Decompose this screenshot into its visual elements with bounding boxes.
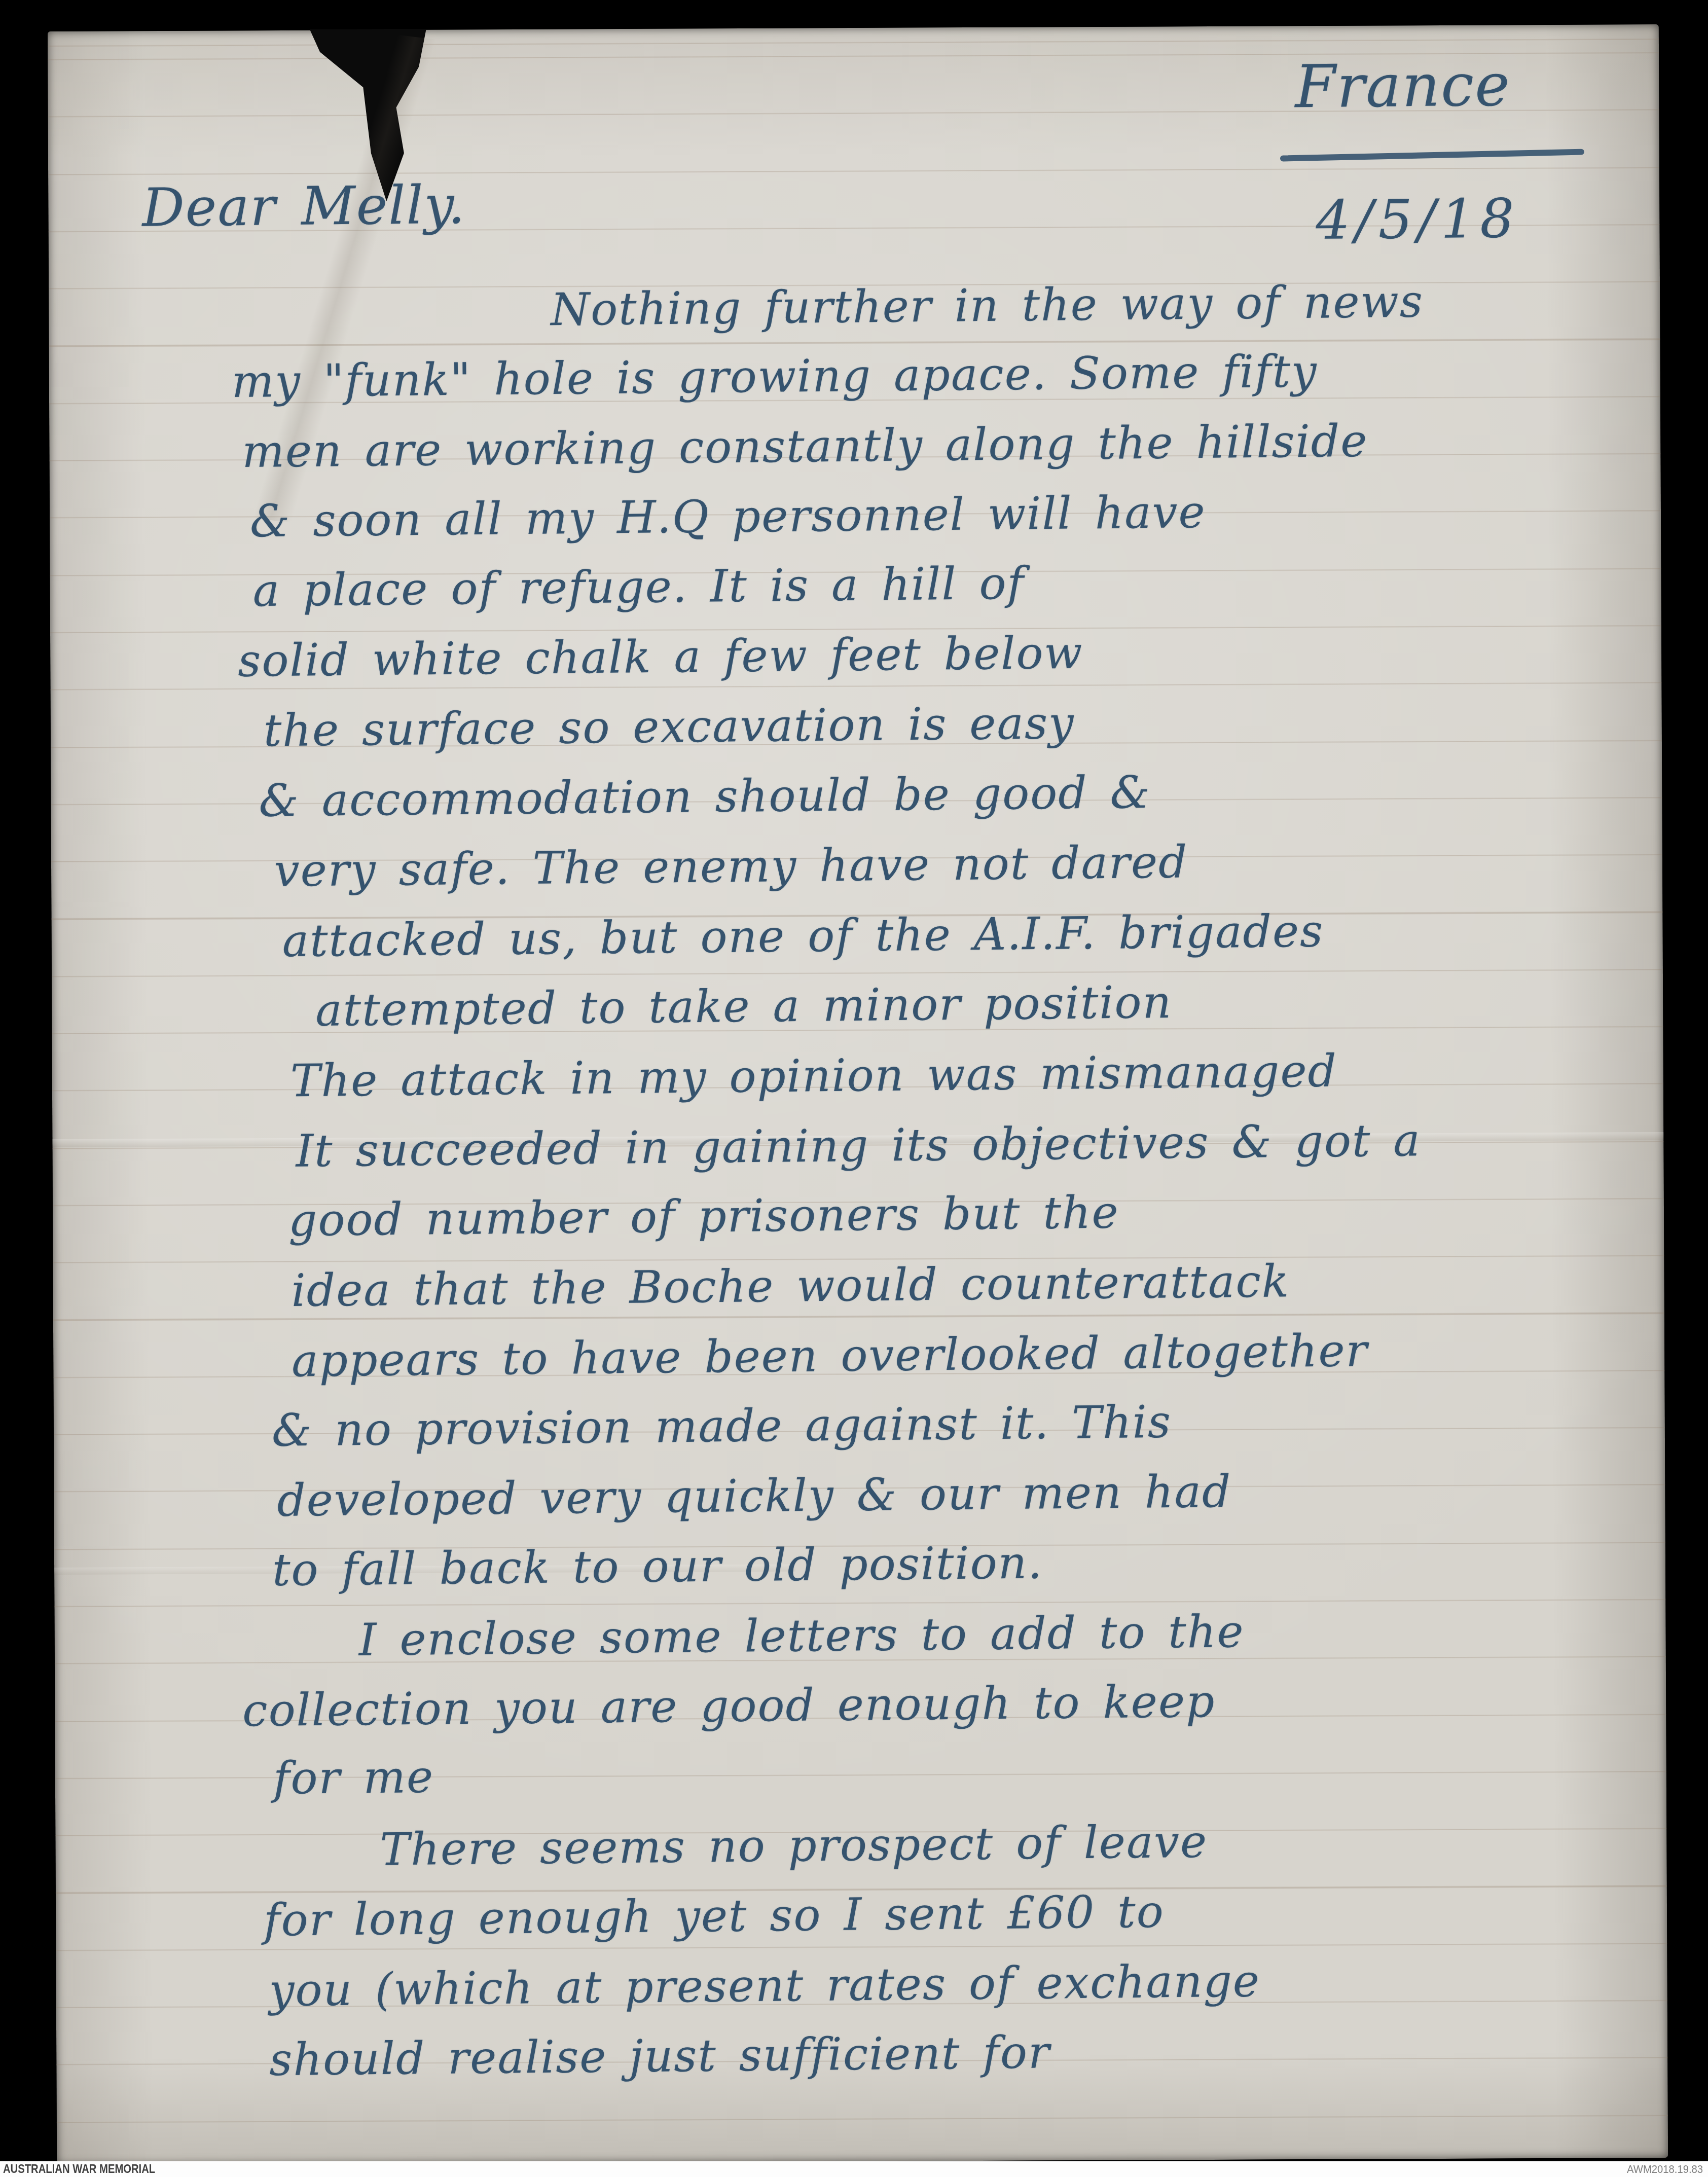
- handwritten-line: attempted to take a minor position: [315, 980, 1173, 1033]
- handwritten-line: very safe. The enemy have not dared: [274, 840, 1188, 893]
- handwritten-line: & soon all my H.Q personnel will have: [250, 490, 1206, 543]
- handwritten-line: you (which at present rates of exchange: [269, 1958, 1260, 2013]
- handwritten-line: good number of prisoners but the: [288, 1190, 1119, 1243]
- underline-stroke: [1280, 149, 1584, 161]
- handwritten-line: for long enough yet so I sent £60 to: [264, 1890, 1165, 1943]
- handwritten-line: It succeeded in gaining its objectives &…: [296, 1118, 1421, 1173]
- handwritten-line: & accommodation should be good &: [259, 770, 1151, 823]
- handwritten-line: should realise just sufficient for: [269, 2030, 1051, 2082]
- letter-date: 4/5/18: [1316, 192, 1519, 247]
- handwritten-line: solid white chalk a few feet below: [238, 631, 1083, 683]
- handwritten-line: The attack in my opinion was mismanaged: [290, 1048, 1337, 1103]
- handwritten-line: I enclose some letters to add to the: [358, 1609, 1245, 1662]
- handwritten-line: to fall back to our old position.: [272, 1540, 1043, 1592]
- handwritten-line: Nothing further in the way of news: [551, 279, 1424, 333]
- handwritten-line: appears to have been overlooked altogeth…: [292, 1328, 1368, 1383]
- handwritten-line: for me: [273, 1755, 434, 1801]
- handwritten-line: men are working constantly along the hil…: [242, 419, 1368, 474]
- handwritten-line: collection you are good enough to keep: [242, 1679, 1216, 1733]
- scanned-letter-background: France 4/5/18 Dear Melly. Nothing furthe…: [0, 0, 1708, 2177]
- letter-page: France 4/5/18 Dear Melly. Nothing furthe…: [48, 24, 1668, 2165]
- handwritten-line: my "funk" hole is growing apace. Some fi…: [231, 349, 1318, 404]
- archive-reference-label: AWM2018.19.83: [1627, 2163, 1703, 2176]
- handwritten-line: developed very quickly & our men had: [277, 1469, 1232, 1523]
- handwritten-line: a place of refuge. It is a hill of: [252, 561, 1025, 613]
- handwritten-line: & no provision made against it. This: [271, 1400, 1172, 1453]
- handwritten-line: idea that the Boche would counterattack: [291, 1259, 1290, 1313]
- archive-footer: AUSTRALIAN WAR MEMORIAL AWM2018.19.83: [0, 2161, 1708, 2177]
- archive-institution-label: AUSTRALIAN WAR MEMORIAL: [3, 2162, 155, 2176]
- handwritten-line: the surface so excavation is easy: [263, 701, 1075, 753]
- handwritten-line: There seems no prospect of leave: [380, 1820, 1208, 1872]
- letter-place: France: [1295, 56, 1511, 130]
- handwritten-line: attacked us, but one of the A.I.F. briga…: [282, 909, 1324, 964]
- letter-salutation: Dear Melly.: [142, 178, 466, 234]
